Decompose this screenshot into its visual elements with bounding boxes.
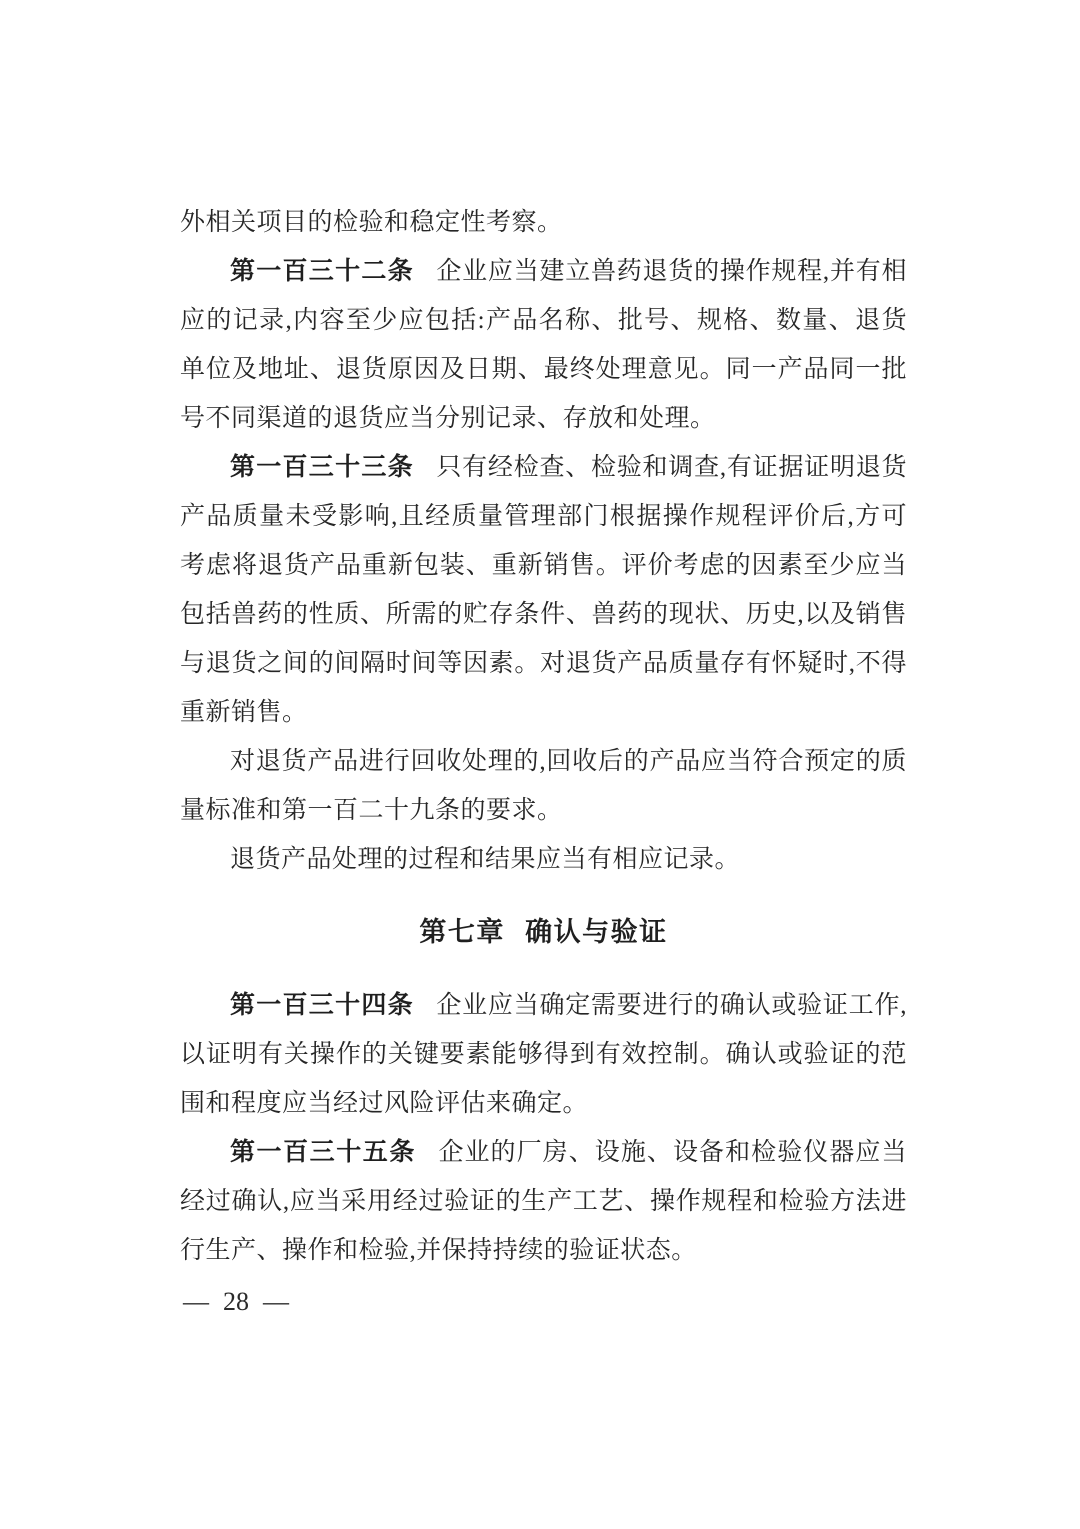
article-133-text: 只有经检查、检验和调查,有证据证明退货产品质量未受影响,且经质量管理部门根据操作… bbox=[180, 454, 907, 726]
footer-page-number: 28 bbox=[223, 1287, 249, 1316]
page-content: 外相关项目的检验和稳定性考察。 第一百三十二条企业应当建立兽药退货的操作规程,并… bbox=[180, 198, 907, 1275]
article-133: 第一百三十三条只有经检查、检验和调查,有证据证明退货产品质量未受影响,且经质量管… bbox=[180, 443, 907, 737]
article-135-label: 第一百三十五条 bbox=[230, 1138, 416, 1166]
page-footer: —28— bbox=[183, 1282, 289, 1322]
article-134: 第一百三十四条企业应当确定需要进行的确认或验证工作,以证明有关操作的关键要素能够… bbox=[180, 981, 907, 1128]
chapter-title: 确认与验证 bbox=[525, 917, 668, 947]
article-134-label: 第一百三十四条 bbox=[230, 991, 414, 1019]
chapter-heading: 第七章确认与验证 bbox=[180, 908, 907, 957]
chapter-number: 第七章 bbox=[419, 917, 505, 947]
footer-dash-right: — bbox=[263, 1287, 289, 1316]
paragraph-continuation: 外相关项目的检验和稳定性考察。 bbox=[180, 198, 907, 247]
article-132: 第一百三十二条企业应当建立兽药退货的操作规程,并有相应的记录,内容至少应包括:产… bbox=[180, 247, 907, 443]
article-135: 第一百三十五条企业的厂房、设施、设备和检验仪器应当经过确认,应当采用经过验证的生… bbox=[180, 1128, 907, 1275]
footer-dash-left: — bbox=[183, 1287, 209, 1316]
paragraph-return-records: 退货产品处理的过程和结果应当有相应记录。 bbox=[180, 835, 907, 884]
paragraph-recall-handling: 对退货产品进行回收处理的,回收后的产品应当符合预定的质量标准和第一百二十九条的要… bbox=[180, 737, 907, 835]
article-132-label: 第一百三十二条 bbox=[230, 257, 414, 285]
article-133-label: 第一百三十三条 bbox=[230, 453, 414, 481]
